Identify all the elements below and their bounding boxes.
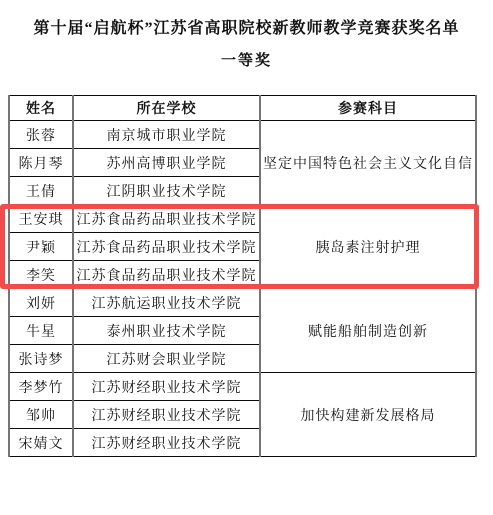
subject-cell: 坚定中国特色社会主义文化自信 — [260, 121, 476, 205]
school-cell: 江苏食品药品职业技术学院 — [73, 261, 260, 289]
school-cell: 苏州高博职业学院 — [73, 149, 260, 177]
document-page: 第十届“启航杯”江苏省高职院校新教师教学竞赛获奖名单 一等奖 姓名 所在学校 参… — [0, 0, 493, 515]
header-name: 姓名 — [9, 96, 73, 121]
school-cell: 南京城市职业学院 — [73, 121, 260, 149]
page-title: 第十届“启航杯”江苏省高职院校新教师教学竞赛获奖名单 — [0, 0, 493, 38]
name-cell: 王倩 — [9, 177, 73, 205]
name-cell: 张诗梦 — [9, 345, 73, 373]
school-cell: 江苏食品药品职业技术学院 — [73, 233, 260, 261]
table-row: 李梦竹 江苏财经职业技术学院 加快构建新发展格局 — [9, 373, 476, 401]
subject-cell: 胰岛素注射护理 — [260, 205, 476, 289]
header-school: 所在学校 — [73, 96, 260, 121]
award-table-container: 姓名 所在学校 参赛科目 张蓉 南京城市职业学院 坚定中国特色社会主义文化自信 … — [8, 95, 475, 457]
table-row: 刘妍 江苏航运职业技术学院 赋能船舶制造创新 — [9, 289, 476, 317]
school-cell: 泰州职业技术学院 — [73, 317, 260, 345]
table-header-row: 姓名 所在学校 参赛科目 — [9, 96, 476, 121]
subject-cell: 加快构建新发展格局 — [260, 373, 476, 457]
name-cell: 牛星 — [9, 317, 73, 345]
name-cell: 陈月琴 — [9, 149, 73, 177]
school-cell: 江苏财会职业学院 — [73, 345, 260, 373]
page-subtitle: 一等奖 — [0, 49, 493, 70]
name-cell: 张蓉 — [9, 121, 73, 149]
name-cell: 宋婧文 — [9, 429, 73, 457]
name-cell: 邹帅 — [9, 401, 73, 429]
school-cell: 江苏食品药品职业技术学院 — [73, 205, 260, 233]
table-row: 张蓉 南京城市职业学院 坚定中国特色社会主义文化自信 — [9, 121, 476, 149]
school-cell: 江苏财经职业技术学院 — [73, 373, 260, 401]
name-cell: 刘妍 — [9, 289, 73, 317]
school-cell: 江苏财经职业技术学院 — [73, 429, 260, 457]
name-cell: 李笑 — [9, 261, 73, 289]
school-cell: 江苏财经职业技术学院 — [73, 401, 260, 429]
school-cell: 江苏航运职业技术学院 — [73, 289, 260, 317]
award-table: 姓名 所在学校 参赛科目 张蓉 南京城市职业学院 坚定中国特色社会主义文化自信 … — [8, 95, 477, 457]
header-subject: 参赛科目 — [260, 96, 476, 121]
name-cell: 李梦竹 — [9, 373, 73, 401]
name-cell: 尹颖 — [9, 233, 73, 261]
subject-cell: 赋能船舶制造创新 — [260, 289, 476, 373]
name-cell: 王安琪 — [9, 205, 73, 233]
table-row: 王安琪 江苏食品药品职业技术学院 胰岛素注射护理 — [9, 205, 476, 233]
school-cell: 江阴职业技术学院 — [73, 177, 260, 205]
